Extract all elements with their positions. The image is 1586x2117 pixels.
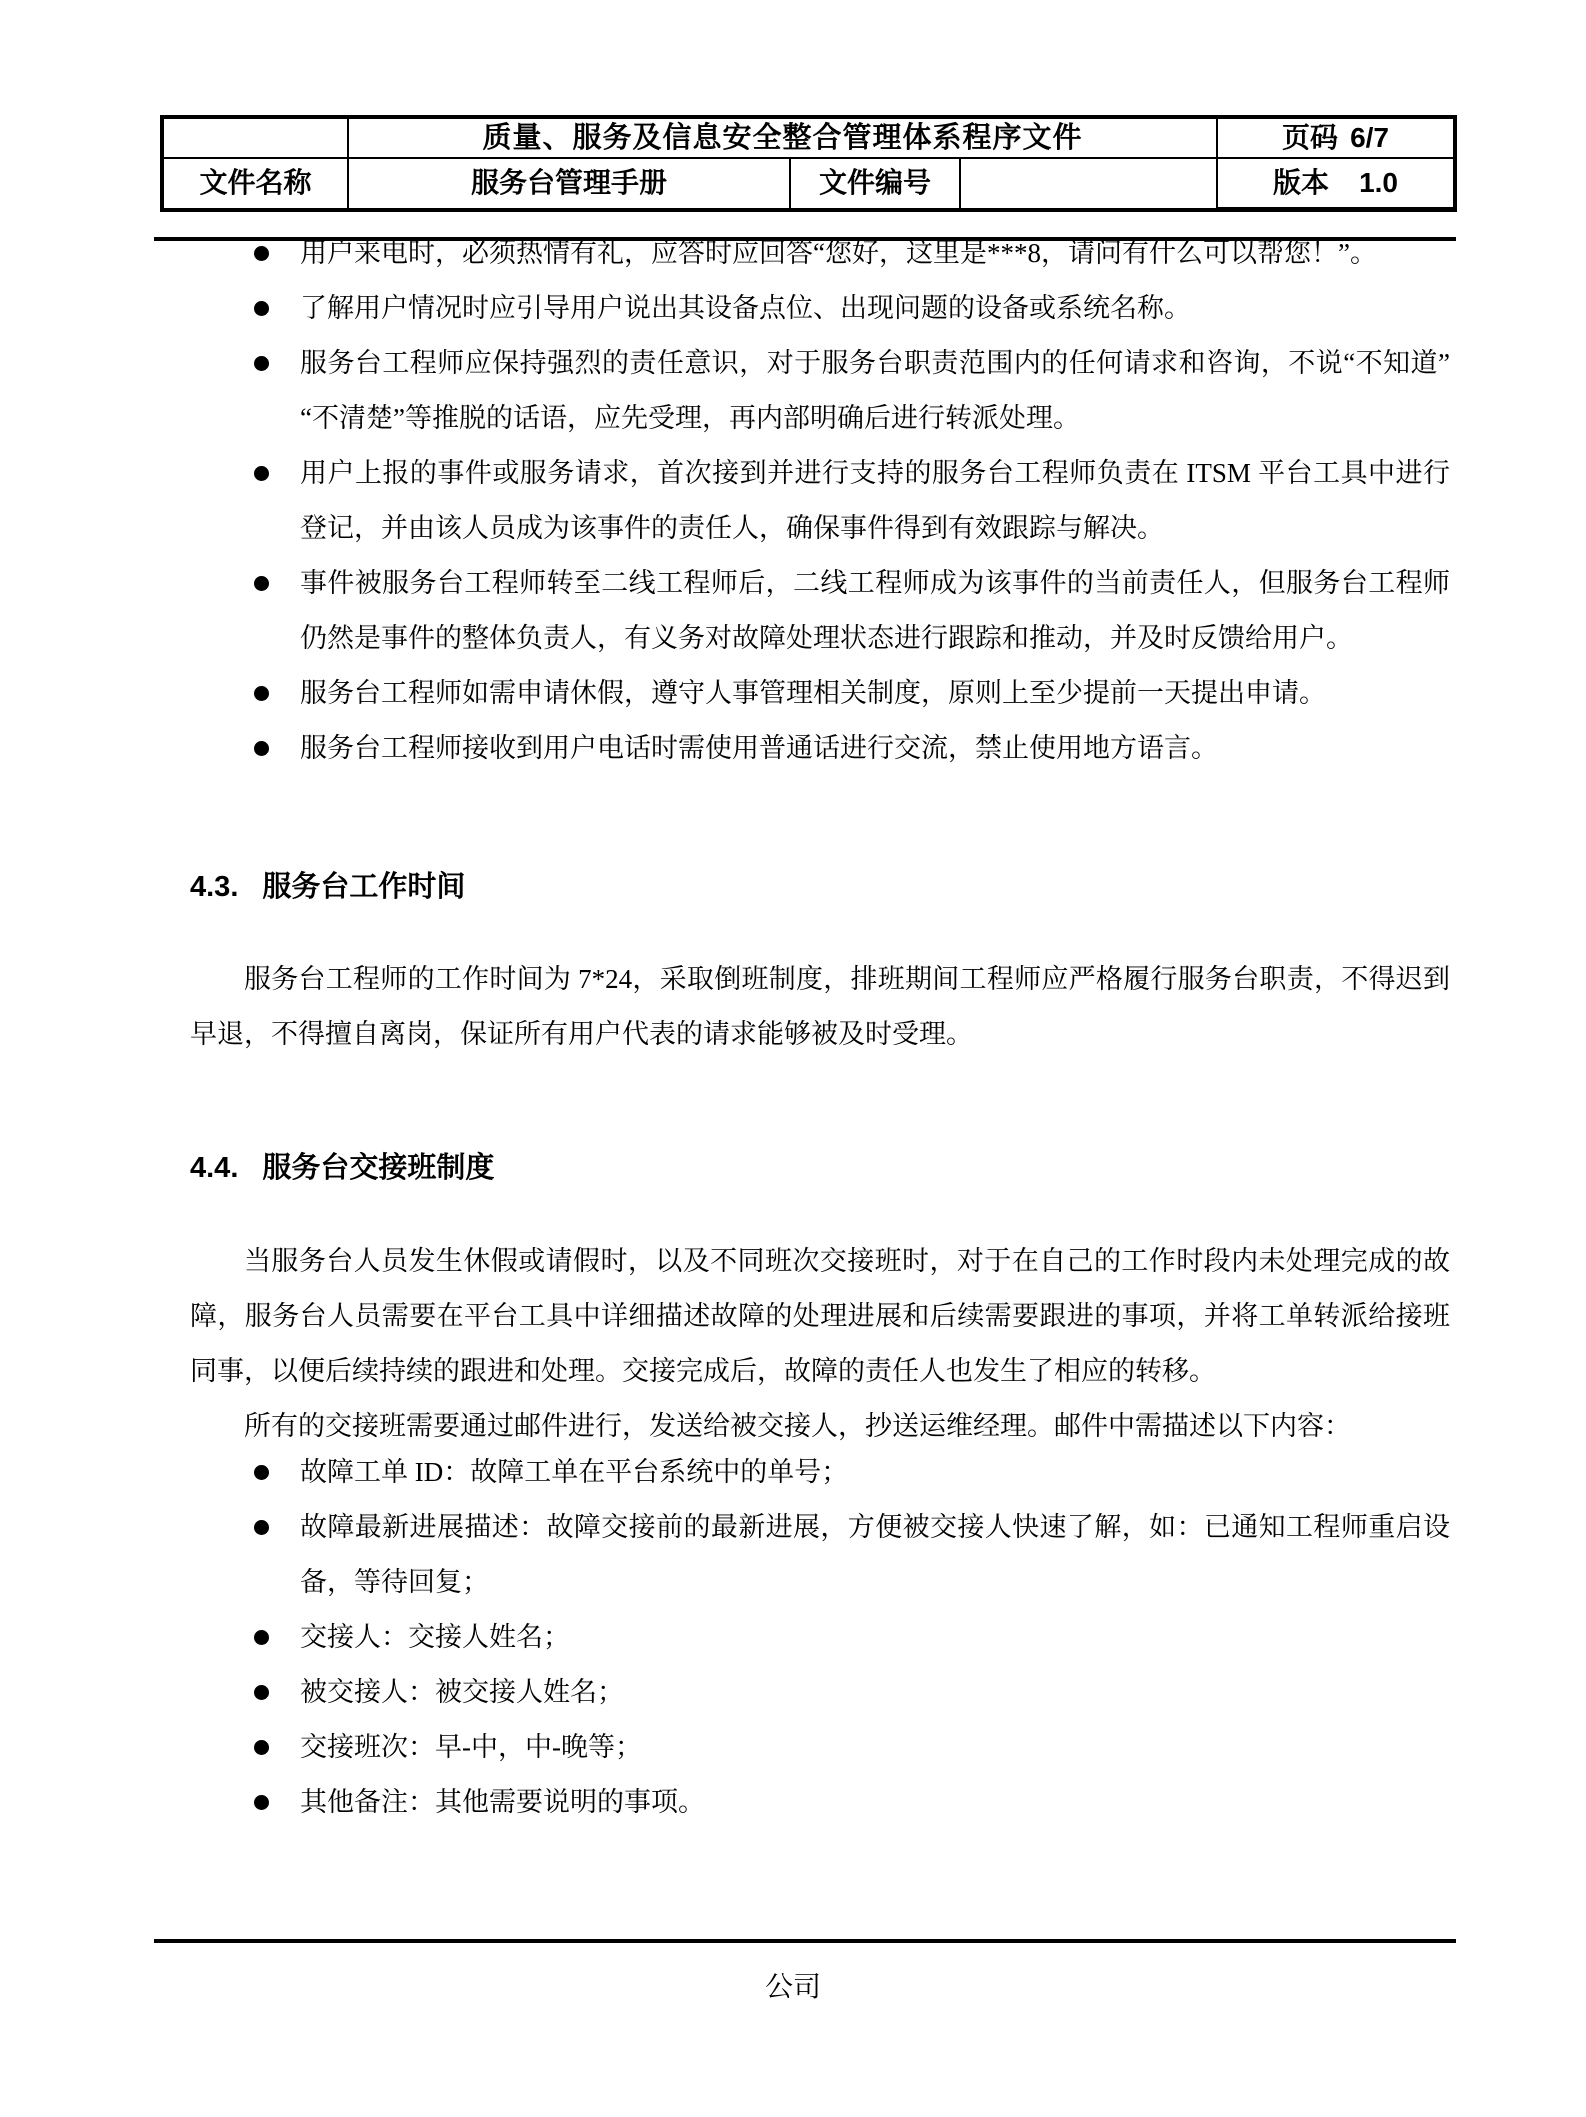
list-item: 用户来电时，必须热情有礼，应答时应回答“您好，这里是***8，请问有什么可以帮您… bbox=[190, 226, 1450, 281]
list-item: 被交接人：被交接人姓名； bbox=[190, 1665, 1450, 1720]
item-text: 服务台工程师接收到用户电话时需使用普通话进行交流，禁止使用地方语言。 bbox=[300, 733, 1218, 763]
item-text: 交接班次：早-中，中-晚等； bbox=[300, 1732, 642, 1762]
item-text: 服务台工程师应保持强烈的责任意识，对于服务台职责范围内的任何请求和咨询，不说“不… bbox=[300, 348, 1450, 433]
file-number-label-cell: 文件编号 bbox=[790, 158, 960, 210]
item-text: 用户来电时，必须热情有礼，应答时应回答“您好，这里是***8，请问有什么可以帮您… bbox=[300, 238, 1377, 268]
page-label: 页码 bbox=[1282, 122, 1338, 153]
bullet-icon bbox=[254, 1795, 269, 1810]
page-number-cell: 页码6/7 bbox=[1217, 117, 1455, 158]
footer-rule bbox=[154, 1939, 1456, 1943]
file-name-value-cell: 服务台管理手册 bbox=[348, 158, 790, 210]
section-4-3-heading: 4.3.服务台工作时间 bbox=[190, 866, 465, 908]
file-name-label-cell: 文件名称 bbox=[162, 158, 348, 210]
section-number: 4.4. bbox=[190, 1147, 238, 1189]
list-item: 了解用户情况时应引导用户说出其设备点位、出现问题的设备或系统名称。 bbox=[190, 281, 1450, 336]
document-page: 质量、服务及信息安全整合管理体系程序文件 页码6/7 文件名称 服务台管理手册 … bbox=[0, 0, 1586, 2117]
bullet-icon bbox=[254, 1465, 269, 1480]
page-value: 6/7 bbox=[1350, 122, 1389, 153]
bullet-icon bbox=[254, 301, 269, 316]
bullet-icon bbox=[254, 356, 269, 371]
handover-list: 故障工单 ID：故障工单在平台系统中的单号； 故障最新进展描述：故障交接前的最新… bbox=[190, 1445, 1450, 1830]
item-text: 服务台工程师如需申请休假，遵守人事管理相关制度，原则上至少提前一天提出申请。 bbox=[300, 678, 1326, 708]
version-value: 1.0 bbox=[1359, 167, 1398, 198]
item-text: 交接人：交接人姓名； bbox=[300, 1622, 570, 1652]
bullet-icon bbox=[254, 741, 269, 756]
list-item: 服务台工程师应保持强烈的责任意识，对于服务台职责范围内的任何请求和咨询，不说“不… bbox=[190, 336, 1450, 446]
logo-cell bbox=[162, 117, 348, 158]
list-item: 服务台工程师如需申请休假，遵守人事管理相关制度，原则上至少提前一天提出申请。 bbox=[190, 666, 1450, 721]
bullet-icon bbox=[254, 576, 269, 591]
section-title: 服务台工作时间 bbox=[262, 871, 465, 903]
bullet-icon bbox=[254, 1740, 269, 1755]
item-text: 故障工单 ID：故障工单在平台系统中的单号； bbox=[300, 1457, 848, 1487]
bullet-icon bbox=[254, 466, 269, 481]
list-item: 其他备注：其他需要说明的事项。 bbox=[190, 1775, 1450, 1830]
item-text: 被交接人：被交接人姓名； bbox=[300, 1677, 624, 1707]
list-item: 服务台工程师接收到用户电话时需使用普通话进行交流，禁止使用地方语言。 bbox=[190, 721, 1450, 776]
handover-paragraph-1: 当服务台人员发生休假或请假时，以及不同班次交接班时，对于在自己的工作时段内未处理… bbox=[190, 1234, 1450, 1399]
section-4-4-body: 当服务台人员发生休假或请假时，以及不同班次交接班时，对于在自己的工作时段内未处理… bbox=[190, 1234, 1450, 1454]
list-item: 用户上报的事件或服务请求，首次接到并进行支持的服务台工程师负责在 ITSM 平台… bbox=[190, 446, 1450, 556]
list-item: 故障最新进展描述：故障交接前的最新进展，方便被交接人快速了解，如：已通知工程师重… bbox=[190, 1500, 1450, 1610]
file-number-value-cell bbox=[960, 158, 1217, 210]
bullet-icon bbox=[254, 686, 269, 701]
item-text: 事件被服务台工程师转至二线工程师后，二线工程师成为该事件的当前责任人，但服务台工… bbox=[300, 568, 1450, 653]
bullet-icon bbox=[254, 246, 269, 261]
header-table: 质量、服务及信息安全整合管理体系程序文件 页码6/7 文件名称 服务台管理手册 … bbox=[160, 115, 1457, 212]
list-item: 事件被服务台工程师转至二线工程师后，二线工程师成为该事件的当前责任人，但服务台工… bbox=[190, 556, 1450, 666]
bullet-icon bbox=[254, 1520, 269, 1535]
version-label: 版本 bbox=[1273, 167, 1329, 198]
list-item: 故障工单 ID：故障工单在平台系统中的单号； bbox=[190, 1445, 1450, 1500]
item-text: 了解用户情况时应引导用户说出其设备点位、出现问题的设备或系统名称。 bbox=[300, 293, 1191, 323]
bullet-icon bbox=[254, 1685, 269, 1700]
bullet-icon bbox=[254, 1630, 269, 1645]
service-rules-list: 用户来电时，必须热情有礼，应答时应回答“您好，这里是***8，请问有什么可以帮您… bbox=[190, 226, 1450, 776]
item-text: 用户上报的事件或服务请求，首次接到并进行支持的服务台工程师负责在 ITSM 平台… bbox=[300, 458, 1450, 543]
item-text: 故障最新进展描述：故障交接前的最新进展，方便被交接人快速了解，如：已通知工程师重… bbox=[300, 1512, 1450, 1597]
section-number: 4.3. bbox=[190, 866, 238, 908]
item-text: 其他备注：其他需要说明的事项。 bbox=[300, 1787, 705, 1817]
section-4-4-heading: 4.4.服务台交接班制度 bbox=[190, 1147, 494, 1189]
version-cell: 版本1.0 bbox=[1217, 158, 1455, 210]
document-title: 质量、服务及信息安全整合管理体系程序文件 bbox=[348, 117, 1217, 158]
section-4-3-paragraph: 服务台工程师的工作时间为 7*24，采取倒班制度，排班期间工程师应严格履行服务台… bbox=[190, 952, 1450, 1062]
section-title: 服务台交接班制度 bbox=[262, 1152, 494, 1184]
list-item: 交接人：交接人姓名； bbox=[190, 1610, 1450, 1665]
list-item: 交接班次：早-中，中-晚等； bbox=[190, 1720, 1450, 1775]
footer-company: 公司 bbox=[0, 1960, 1586, 2015]
